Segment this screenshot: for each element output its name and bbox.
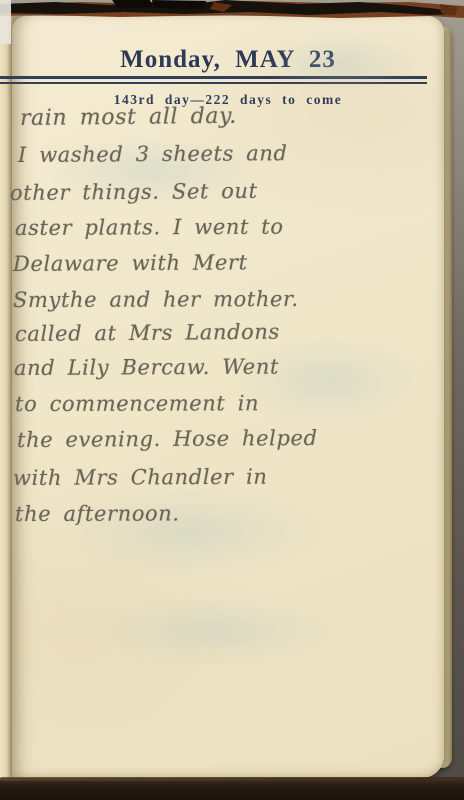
handwritten-line: aster plants. I went to — [15, 215, 284, 240]
handwritten-line: other things. Set out — [10, 179, 258, 205]
handwritten-line: and Lily Bercaw. Went — [14, 355, 279, 380]
book-cover-bottom — [0, 780, 464, 800]
diary-entry: rain most all day. I washed 3 sheets and… — [12, 16, 444, 778]
handwritten-line: the afternoon. — [15, 501, 180, 526]
handwritten-line: with Mrs Chandler in — [13, 465, 268, 490]
handwritten-line: to commencement in — [15, 391, 259, 416]
book-binding-top — [0, 0, 464, 24]
scanned-diary-page: Monday, MAY 23 143rd day—222 days to com… — [0, 0, 464, 800]
handwritten-line: Delaware with Mert — [13, 250, 248, 276]
diary-page: Monday, MAY 23 143rd day—222 days to com… — [12, 16, 444, 778]
handwritten-line: rain most all day. — [20, 104, 237, 131]
handwritten-line: I washed 3 sheets and — [18, 141, 288, 167]
scan-edge-highlight — [0, 0, 11, 44]
handwritten-line: called at Mrs Landons — [15, 320, 280, 346]
handwritten-line: Smythe and her mother. — [13, 287, 299, 312]
handwritten-line: the evening. Hose helped — [17, 426, 318, 452]
